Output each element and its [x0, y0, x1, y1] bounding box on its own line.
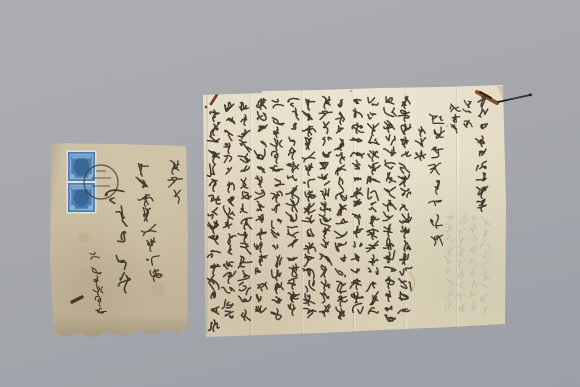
pin-icon [492, 86, 537, 110]
envelope [48, 140, 190, 340]
transcriptions: 東京市 本郷區龍岡町一五 谷井濟一様 寫眞一葉在中 谷井濟一様 [0, 0, 1, 1]
letter-artwork [201, 84, 507, 338]
letter [201, 84, 507, 338]
archive-photo: 東京市 本郷區龍岡町一五 谷井濟一様 寫眞一葉在中 谷井濟一様 [0, 0, 580, 387]
envelope-artwork [48, 140, 190, 340]
